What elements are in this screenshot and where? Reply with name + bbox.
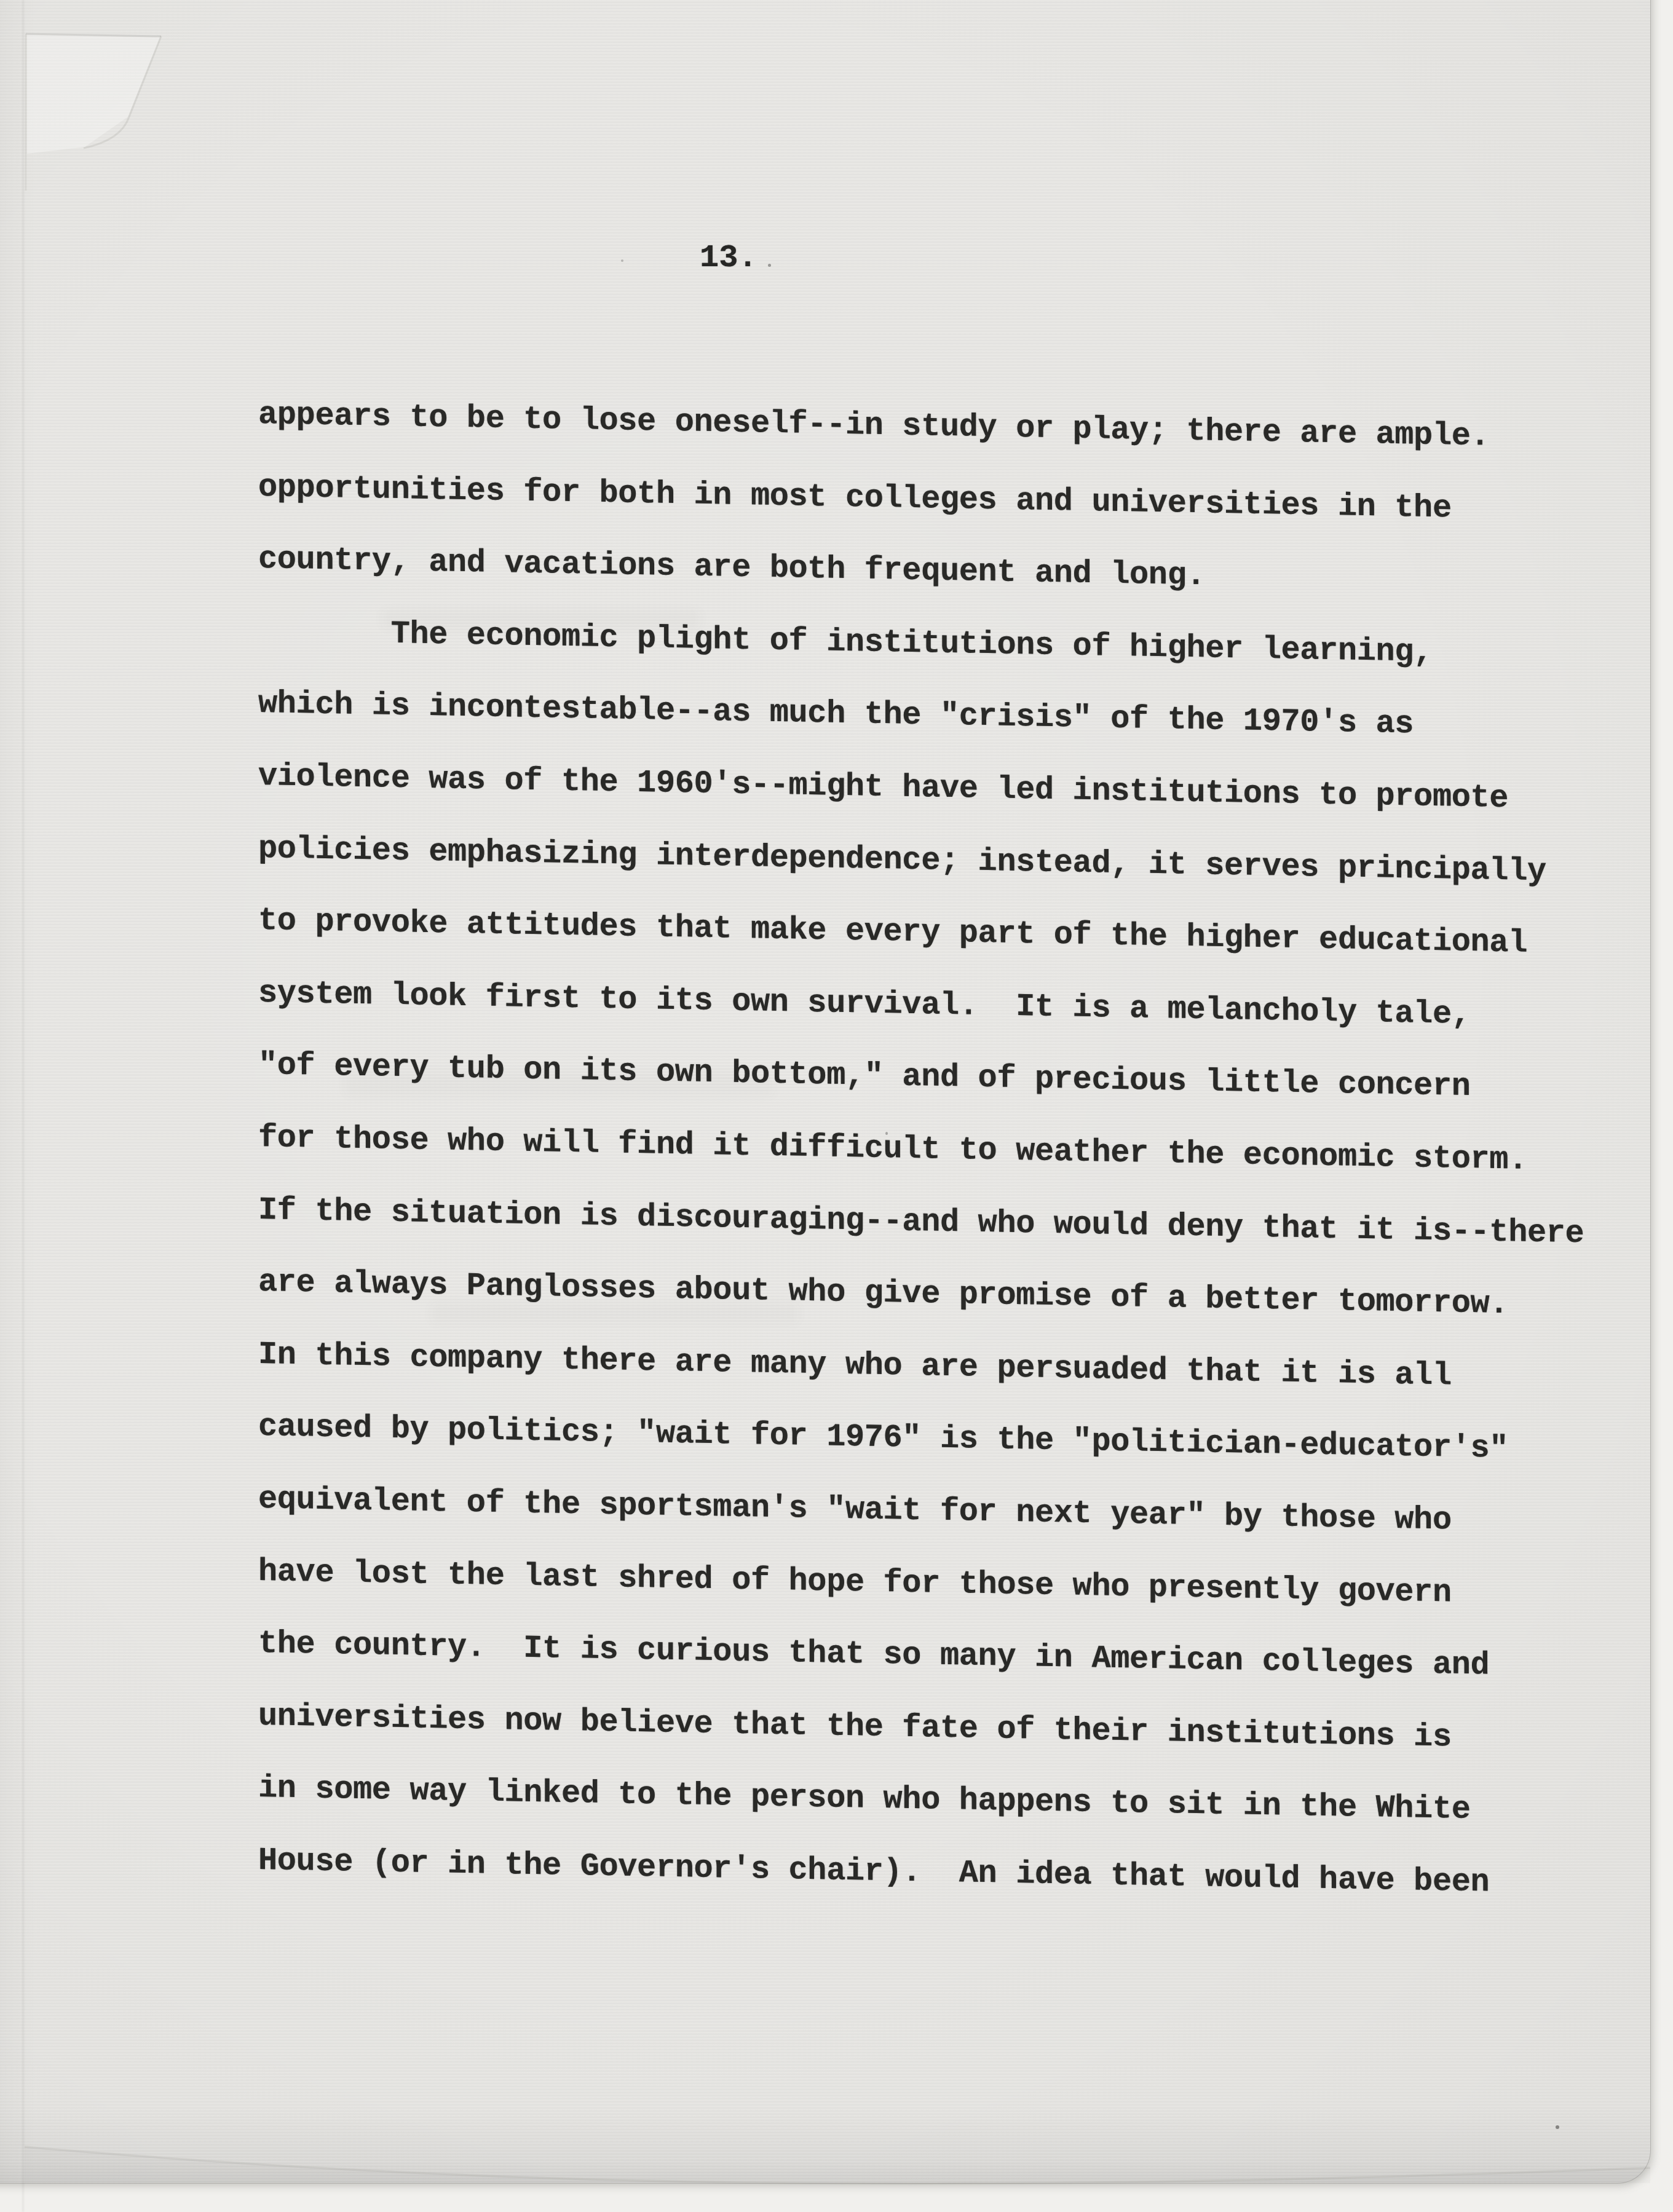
- page-number: 13.: [700, 240, 757, 276]
- scanned-document: { "page": { "number_label": "13.", "line…: [0, 0, 1673, 2212]
- typewritten-text: appears to be to lose oneself--in study …: [258, 379, 1648, 1922]
